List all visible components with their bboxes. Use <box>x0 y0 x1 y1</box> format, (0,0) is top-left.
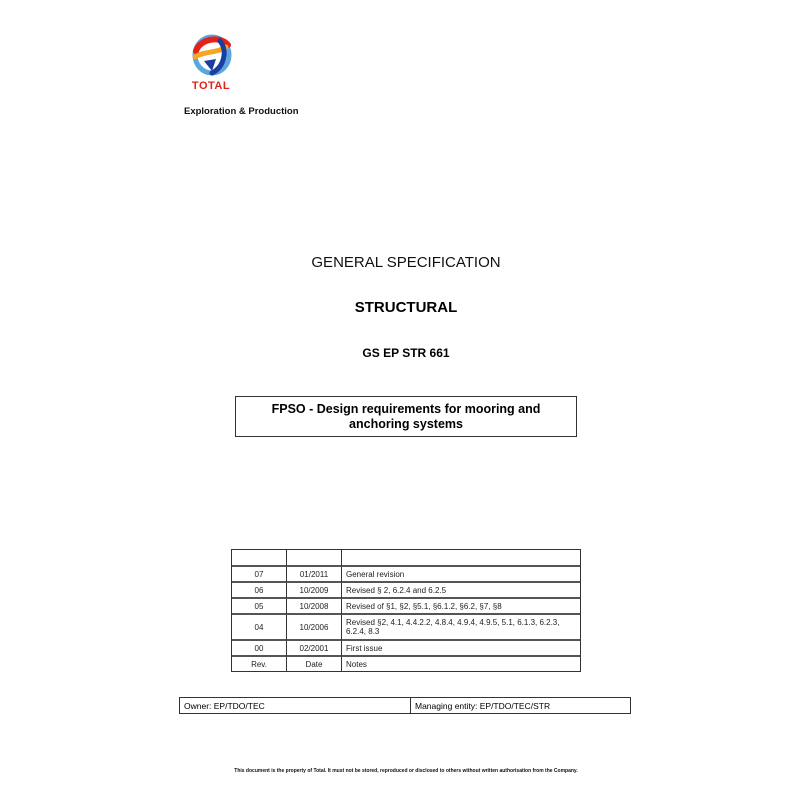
document-subject: FPSO - Design requirements for mooring a… <box>246 402 566 432</box>
table-row: 05 10/2008 Revised of §1, §2, §5.1, §6.1… <box>232 599 580 615</box>
column-header-date: Date <box>287 657 342 671</box>
date-cell: 10/2009 <box>287 583 342 599</box>
owner-cell: Owner: EP/TDO/TEC <box>180 698 411 713</box>
table-row: 00 02/2001 First issue <box>232 641 580 657</box>
table-header-row: Rev. Date Notes <box>232 657 580 671</box>
date-cell: 02/2001 <box>287 641 342 657</box>
rev-cell: 00 <box>232 641 287 657</box>
document-subject-box: FPSO - Design requirements for mooring a… <box>235 396 577 437</box>
rev-cell: 07 <box>232 567 287 583</box>
division-label: Exploration & Production <box>184 106 299 117</box>
date-cell: 10/2008 <box>287 599 342 615</box>
document-discipline: STRUCTURAL <box>0 299 800 316</box>
rev-cell: 05 <box>232 599 287 615</box>
table-cell <box>287 550 342 567</box>
table-cell <box>342 550 580 567</box>
column-header-notes: Notes <box>342 657 580 671</box>
table-row: 07 01/2011 General revision <box>232 567 580 583</box>
notes-cell: Revised §2, 4.1, 4.4.2.2, 4.8.4, 4.9.4, … <box>342 615 580 641</box>
total-wordmark: TOTAL <box>186 80 236 92</box>
table-row-blank <box>232 550 580 567</box>
notes-cell: General revision <box>342 567 580 583</box>
revision-table: 07 01/2011 General revision 06 10/2009 R… <box>231 549 581 672</box>
confidentiality-notice: This document is the property of Total. … <box>0 768 800 774</box>
table-row: 04 10/2006 Revised §2, 4.1, 4.4.2.2, 4.8… <box>232 615 580 641</box>
date-cell: 01/2011 <box>287 567 342 583</box>
document-number: GS EP STR 661 <box>0 346 800 360</box>
date-cell: 10/2006 <box>287 615 342 641</box>
managing-entity-cell: Managing entity: EP/TDO/TEC/STR <box>411 698 630 713</box>
rev-cell: 04 <box>232 615 287 641</box>
column-header-rev: Rev. <box>232 657 287 671</box>
table-cell <box>232 550 287 567</box>
document-category: GENERAL SPECIFICATION <box>0 254 800 271</box>
notes-cell: Revised of §1, §2, §5.1, §6.1.2, §6.2, §… <box>342 599 580 615</box>
ownership-table: Owner: EP/TDO/TEC Managing entity: EP/TD… <box>179 697 631 714</box>
notes-cell: First issue <box>342 641 580 657</box>
notes-cell: Revised § 2, 6.2.4 and 6.2.5 <box>342 583 580 599</box>
rev-cell: 06 <box>232 583 287 599</box>
table-row: 06 10/2009 Revised § 2, 6.2.4 and 6.2.5 <box>232 583 580 599</box>
total-logo-icon <box>190 33 234 77</box>
